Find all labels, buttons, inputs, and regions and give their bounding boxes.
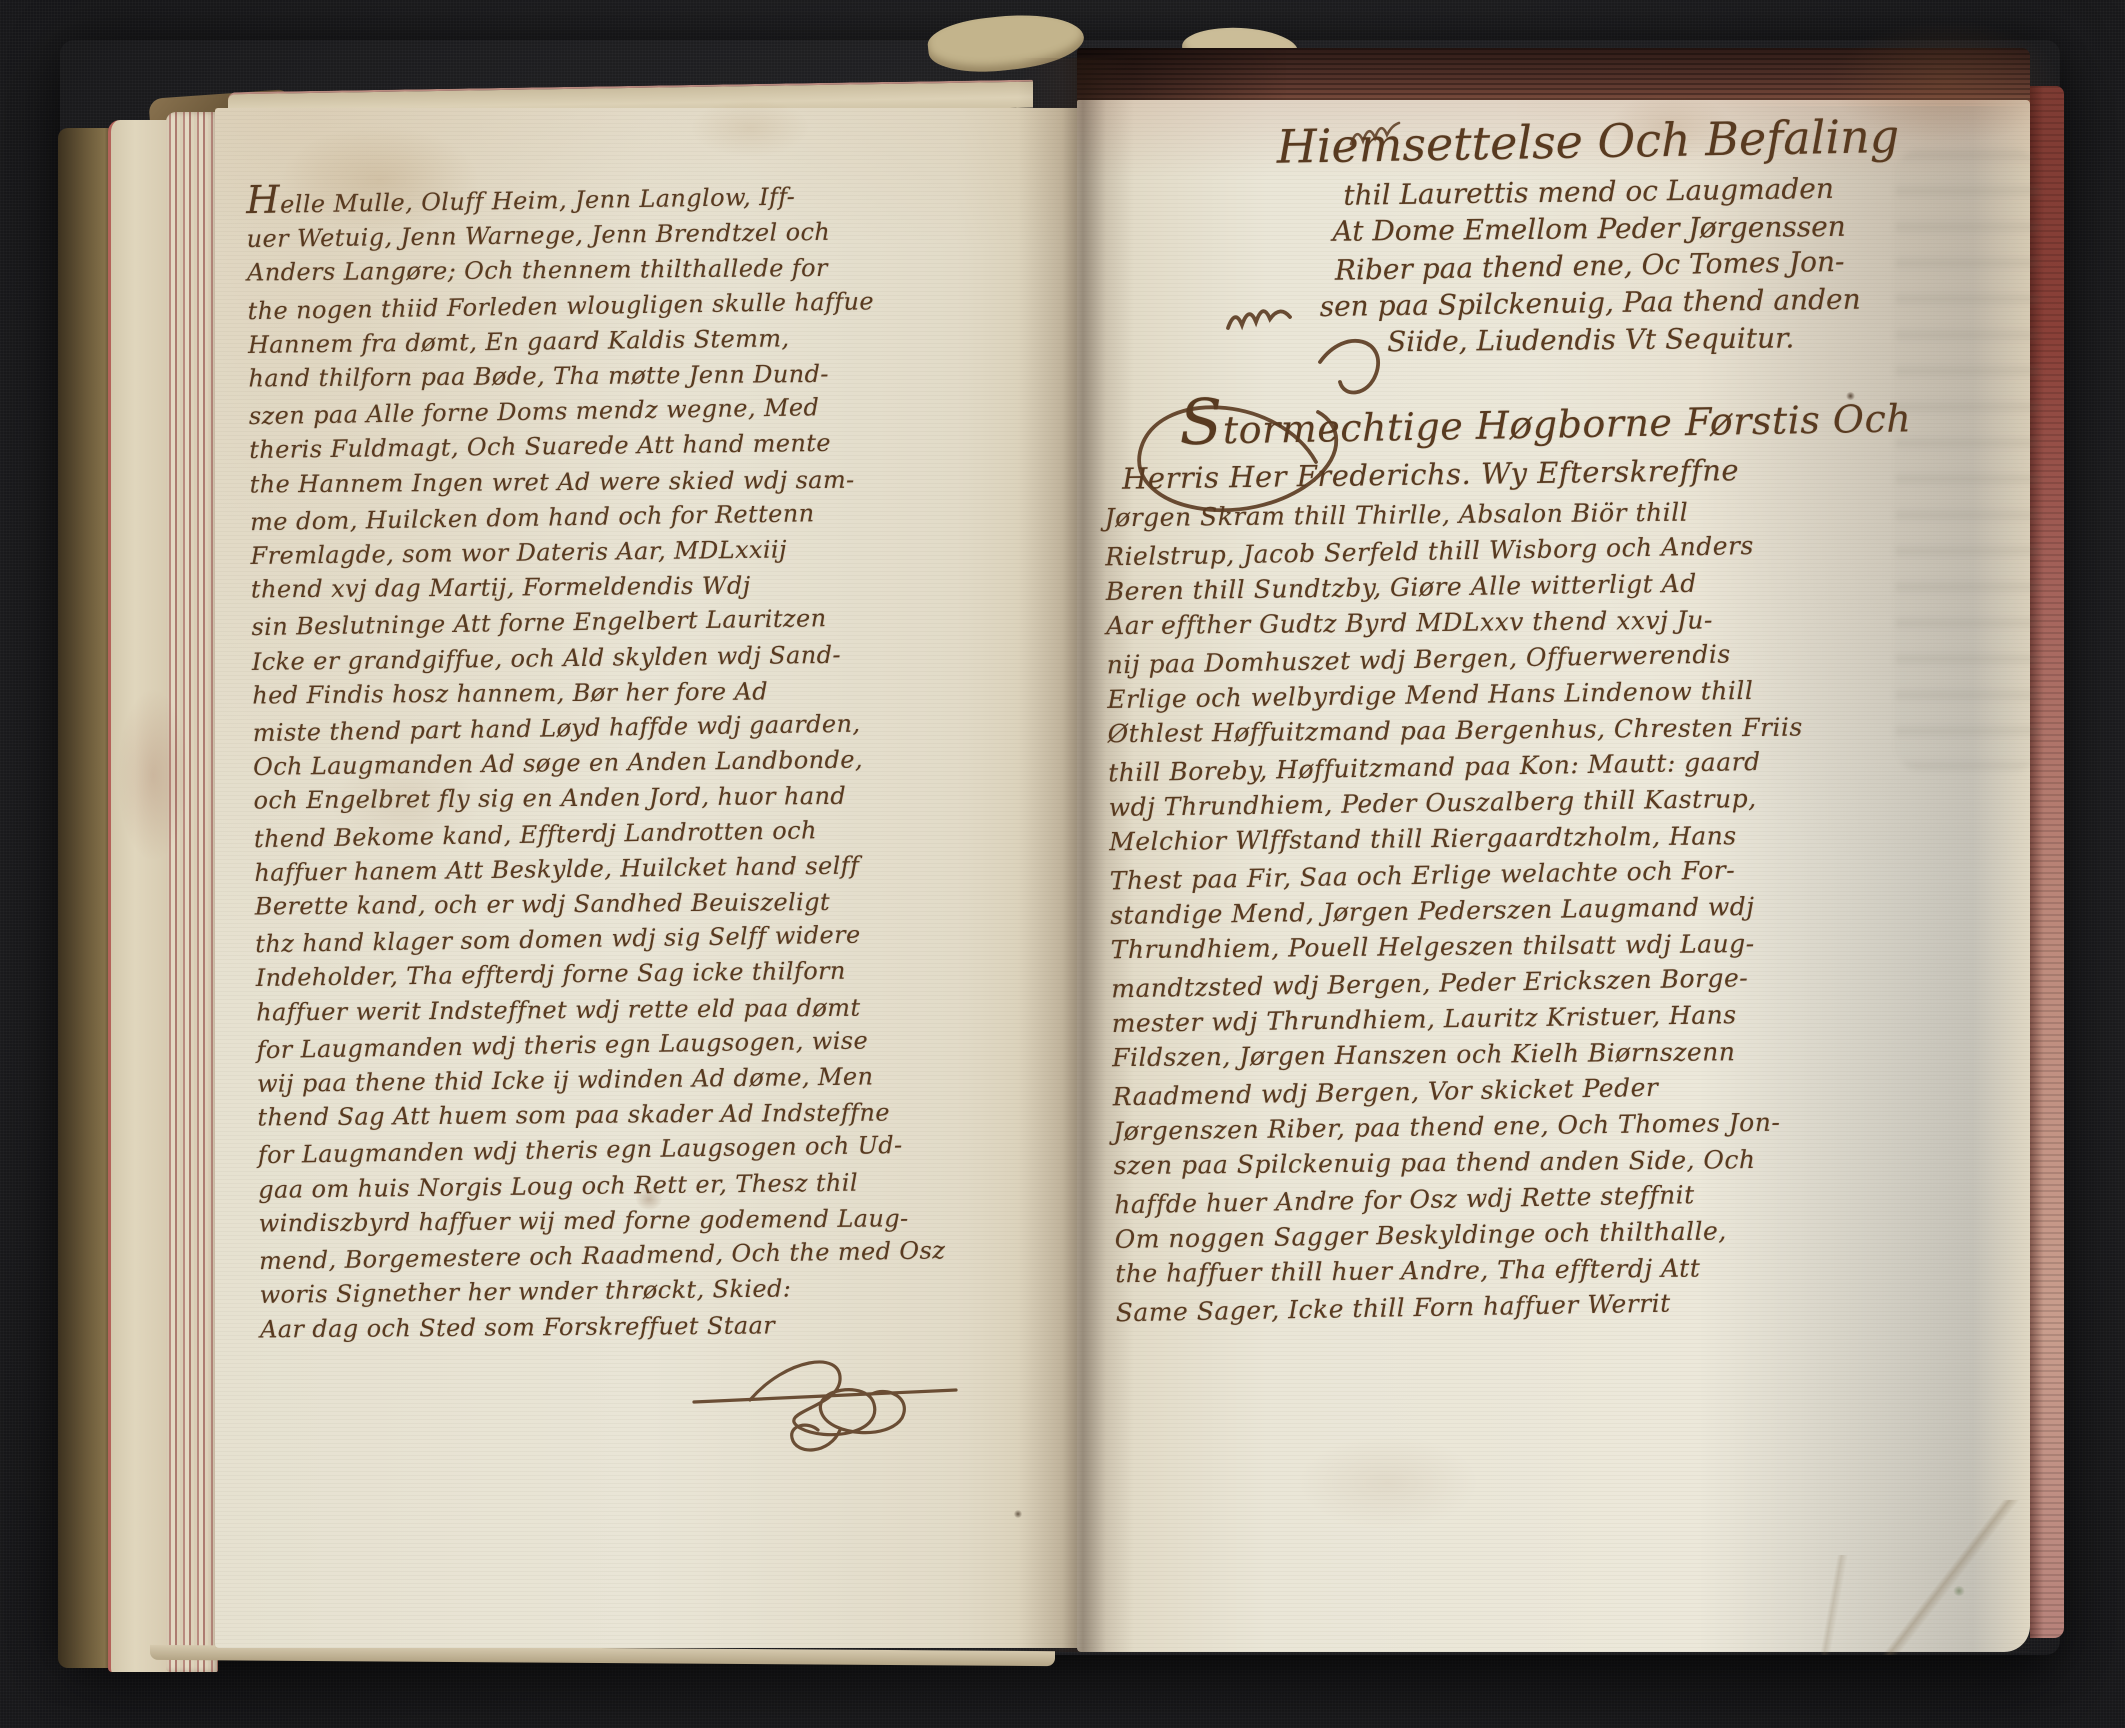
heading-pen-mark [1348,116,1402,148]
end-flourish [688,1328,968,1468]
page-edges-left-stripes [166,112,218,1672]
page-edges-left-band [108,120,171,1672]
book-cover-left-edge [58,128,110,1668]
page-edges-top-right [1077,48,2030,106]
manuscript-text-right: Stormechtige Høgborne Førstis OchHerris … [1103,387,1916,1330]
photo-background: Helle Mulle, Oluff Heim, Jenn Langlow, I… [0,0,2125,1728]
manuscript-text-left: Helle Mulle, Oluff Heim, Jenn Langlow, I… [246,174,932,1349]
